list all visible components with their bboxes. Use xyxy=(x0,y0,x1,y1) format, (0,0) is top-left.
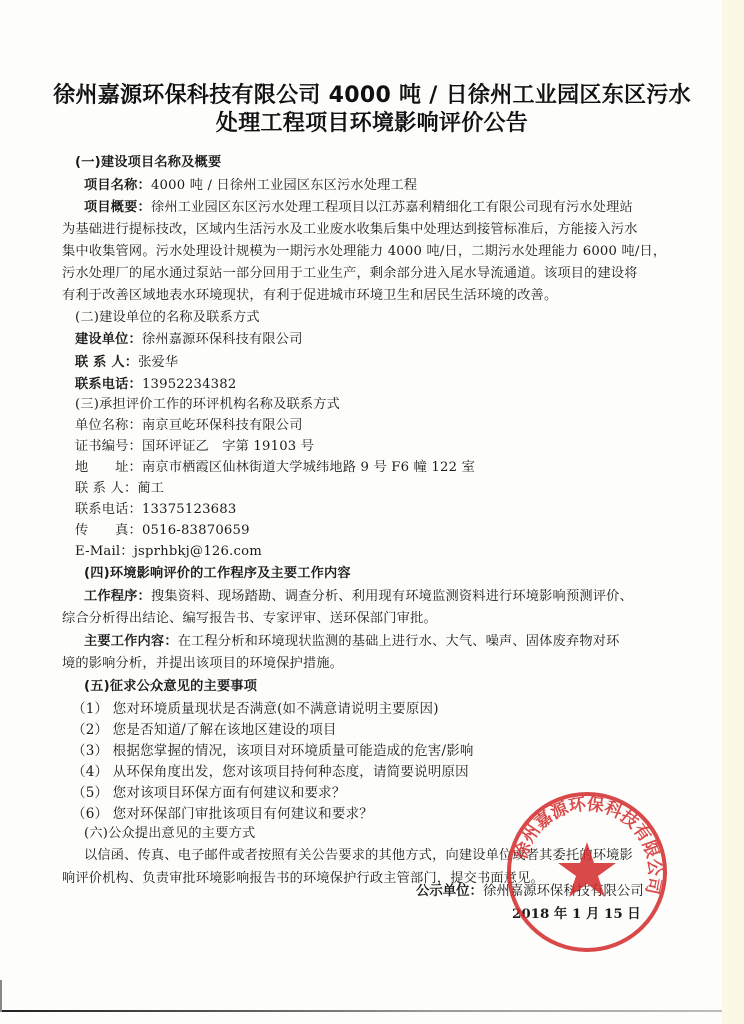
question-item: （5） 您对该项目环保方面有何建议和要求？ xyxy=(72,785,346,801)
content-label: 主要工作内容： xyxy=(84,634,178,649)
section3-heading: (三)承担评价工作的环评机构名称及联系方式 xyxy=(75,397,340,413)
question-item: （2） 您是否知道/了解在该地区建设的项目 xyxy=(72,722,337,738)
agency-address-label: 地 址： xyxy=(75,460,142,475)
project-name-value: 4000 吨 / 日徐州工业园区东区污水处理工程 xyxy=(151,178,417,193)
content-line: 在工程分析和环境现状监测的基础上进行水、大气、噪声、固体废弃物对环 xyxy=(178,634,620,649)
agency-name-value: 南京亘屹环保科技有限公司 xyxy=(142,418,303,433)
agency-fax-value: 0516-83870659 xyxy=(142,523,250,538)
overview-line: 徐州工业园区东区污水处理工程项目以江苏嘉利精细化工有限公司现有污水处理站 xyxy=(151,200,633,215)
agency-address-row: 地 址：南京市栖霞区仙林街道大学城纬地路 9 号 F6 幢 122 室 xyxy=(75,460,475,476)
signature-date: 2018 年 1 月 15 日 xyxy=(512,903,641,922)
overview-label: 项目概要： xyxy=(84,200,151,215)
agency-phone-row: 联系电话：13375123683 xyxy=(75,502,236,518)
agency-email-row: E-Mail：jsprhbkj@126.com xyxy=(75,544,262,560)
scan-edge-bottom xyxy=(0,1010,722,1012)
question-item: （1） 您对环境质量现状是否满意(如不满意请说明主要原因) xyxy=(72,701,439,717)
document-title-line2: 处理工程项目环境影响评价公告 xyxy=(0,106,744,137)
build-unit-row: 建设单位：徐州嘉源环保科技有限公司 xyxy=(75,332,303,348)
agency-name-label: 单位名称： xyxy=(75,418,142,433)
question-item: （4） 从环保角度出发，您对该项目持何种态度，请简要说明原因 xyxy=(72,764,469,780)
section5-heading: (五)征求公众意见的主要事项 xyxy=(84,679,257,695)
agency-email-link[interactable]: jsprhbkj@126.com xyxy=(134,544,262,559)
section6-heading: (六)公众提出意见的主要方式 xyxy=(84,826,255,842)
question-item: （6） 您对环保部门审批该项目有何建议和要求？ xyxy=(72,806,373,822)
overview-row: 项目概要：徐州工业园区东区污水处理工程项目以江苏嘉利精细化工有限公司现有污水处理… xyxy=(84,200,633,216)
signature-unit: 徐州嘉源环保科技有限公司 xyxy=(483,884,644,899)
content-row: 主要工作内容：在工程分析和环境现状监测的基础上进行水、大气、噪声、固体废弃物对环 xyxy=(84,634,620,650)
overview-line: 污水处理厂的尾水通过泵站一部分回用于工业生产，剩余部分进入尾水导流通道。该项目的… xyxy=(62,266,638,282)
question-item: （3） 根据您掌握的情况，该项目对环境质量可能造成的危害/影响 xyxy=(72,743,474,759)
overview-line: 为基础进行提标技改，区域内生活污水及工业废水收集后集中处理达到接管标准后，方能接… xyxy=(62,222,638,238)
agency-phone-value: 13375123683 xyxy=(142,502,237,517)
procedure-line: 综合分析得出结论、编写报告书、专家评审、送环保部门审批。 xyxy=(62,611,437,627)
agency-email-label: E-Mail： xyxy=(75,544,134,559)
agency-fax-row: 传 真：0516-83870659 xyxy=(75,523,250,539)
build-phone-value: 13952234382 xyxy=(142,377,237,392)
scan-edge-left xyxy=(0,980,2,1012)
project-name-label: 项目名称： xyxy=(84,178,151,193)
build-unit-label: 建设单位： xyxy=(75,332,142,347)
agency-phone-label: 联系电话： xyxy=(75,502,142,517)
build-phone-label: 联系电话： xyxy=(75,377,142,392)
section2-heading: (二)建设单位的名称及联系方式 xyxy=(75,310,260,326)
agency-cert-label: 证书编号： xyxy=(75,439,142,454)
build-phone-row: 联系电话：13952234382 xyxy=(75,377,236,393)
submission-line: 以信函、传真、电子邮件或者按照有关公告要求的其他方式，向建设单位或者其委托的环境… xyxy=(84,848,633,864)
signature-row: 公示单位：徐州嘉源环保科技有限公司 xyxy=(416,880,644,899)
section1-heading: (一)建设项目名称及概要 xyxy=(75,155,221,171)
project-name-row: 项目名称：4000 吨 / 日徐州工业园区东区污水处理工程 xyxy=(84,178,417,194)
document-title-line1: 徐州嘉源环保科技有限公司 4000 吨 / 日徐州工业园区东区污水 xyxy=(0,78,744,109)
agency-contact-value: 蔺工 xyxy=(137,481,164,496)
procedure-row: 工作程序：搜集资料、现场踏勘、调查分析、利用现有环境监测资料进行环境影响预测评价… xyxy=(84,589,633,605)
build-contact-value: 张爱华 xyxy=(138,355,178,370)
agency-cert-row: 证书编号：国环评证乙 字第 19103 号 xyxy=(75,439,314,455)
build-unit-value: 徐州嘉源环保科技有限公司 xyxy=(142,332,303,347)
agency-cert-value: 国环评证乙 字第 19103 号 xyxy=(142,439,314,454)
content-line: 境的影响分析，并提出该项目的环境保护措施。 xyxy=(62,656,343,672)
procedure-label: 工作程序： xyxy=(84,589,151,604)
build-contact-label: 联 系 人： xyxy=(75,355,138,370)
agency-contact-label: 联 系 人： xyxy=(75,481,137,496)
agency-name-row: 单位名称：南京亘屹环保科技有限公司 xyxy=(75,418,303,434)
overview-line: 集中收集管网。污水处理设计规模为一期污水处理能力 4000 吨/日，二期污水处理… xyxy=(62,244,666,260)
agency-contact-row: 联 系 人：蔺工 xyxy=(75,481,164,497)
procedure-line: 搜集资料、现场踏勘、调查分析、利用现有环境监测资料进行环境影响预测评价、 xyxy=(151,589,633,604)
overview-line: 有利于改善区域地表水环境现状，有利于促进城市环境卫生和居民生活环境的改善。 xyxy=(62,288,557,304)
build-contact-row: 联 系 人：张爱华 xyxy=(75,355,178,371)
scan-edge-right xyxy=(722,0,744,1024)
signature-label: 公示单位： xyxy=(416,884,483,899)
agency-address-value: 南京市栖霞区仙林街道大学城纬地路 9 号 F6 幢 122 室 xyxy=(142,460,475,475)
section4-heading: (四)环境影响评价的工作程序及主要工作内容 xyxy=(84,566,351,582)
agency-fax-label: 传 真： xyxy=(75,523,142,538)
